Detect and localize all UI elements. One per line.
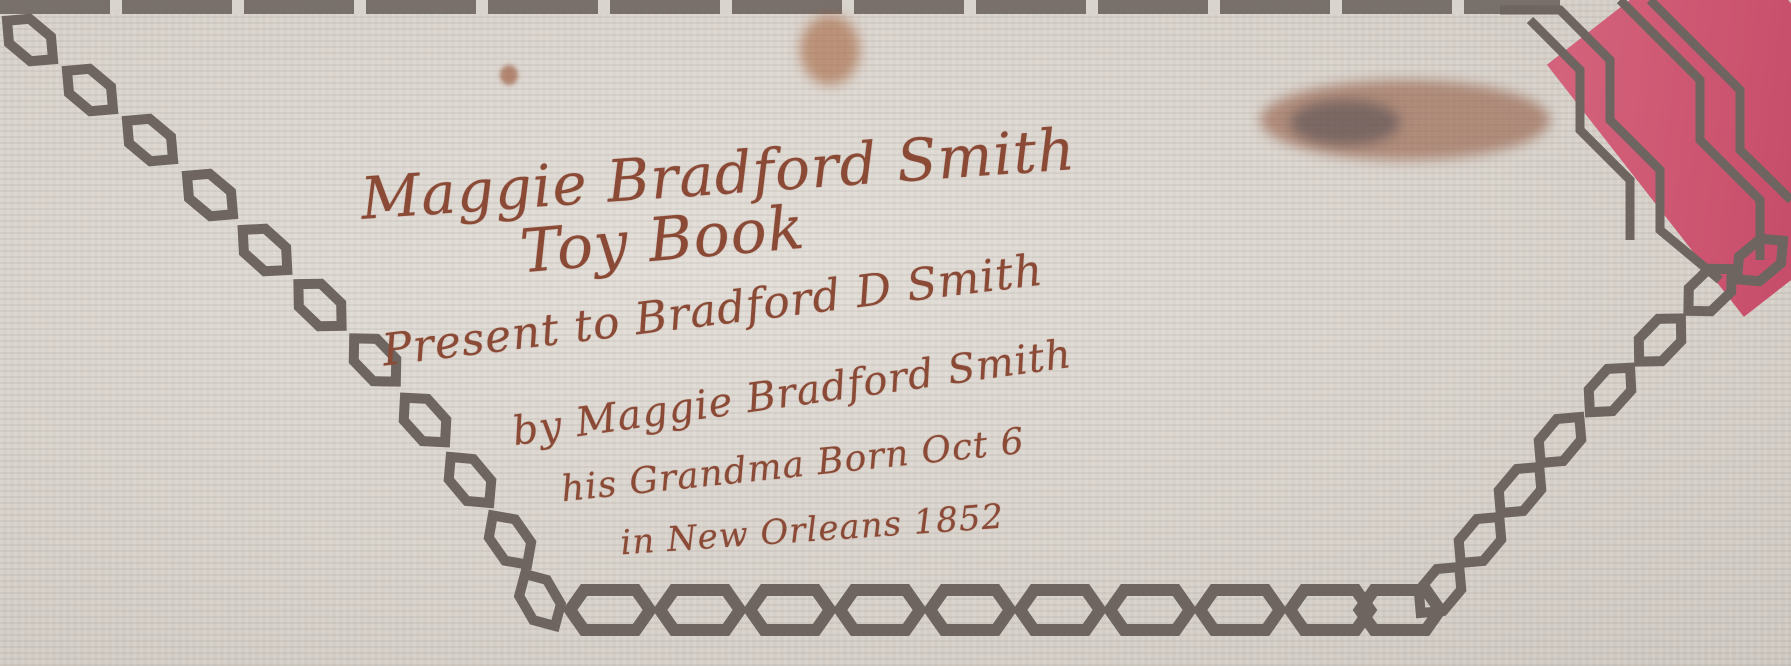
sampler-photo: Maggie Bradford Smith Toy Book Present t… bbox=[0, 0, 1791, 666]
bottom-chain-border bbox=[570, 590, 1440, 630]
right-chain-border bbox=[1408, 228, 1791, 623]
greek-key-corner bbox=[1500, 0, 1791, 280]
chain-border-art bbox=[0, 0, 1791, 666]
